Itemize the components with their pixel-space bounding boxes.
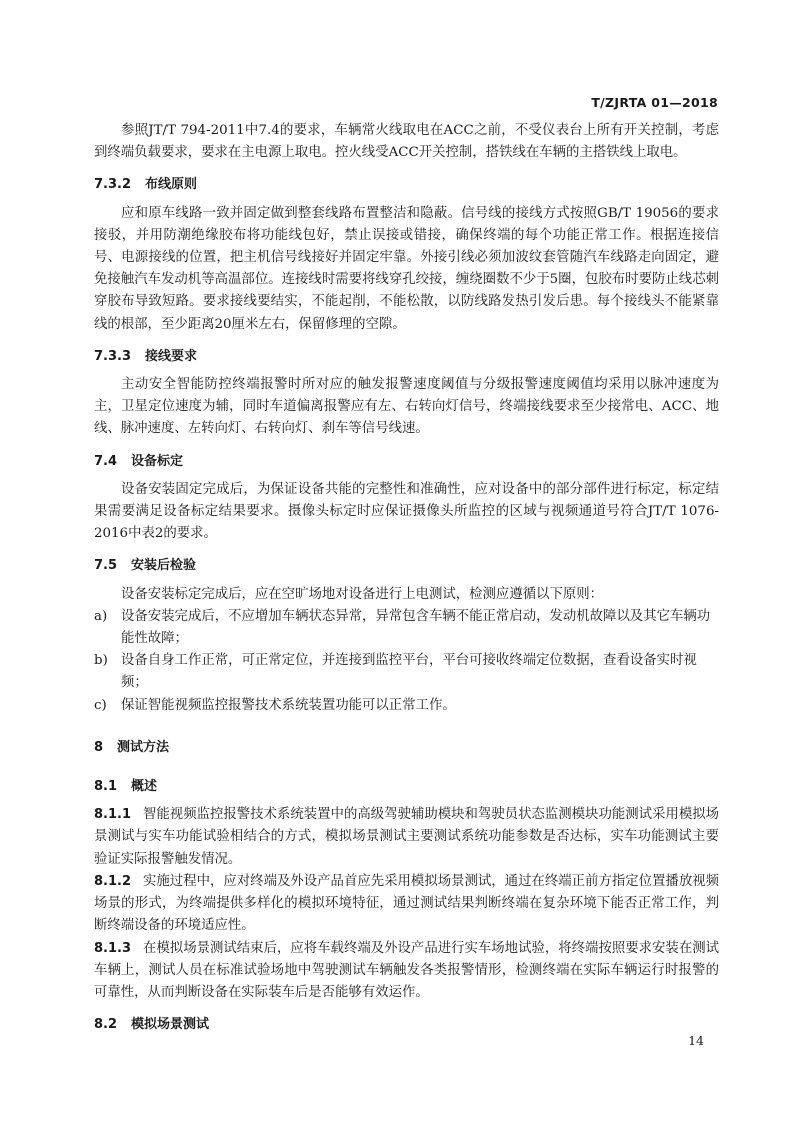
list-text: 设备自身工作正常，可正常定位，并连接到监控平台，平台可接收终端定位数据，查看设备… [121,650,719,694]
clause-text: 在模拟场景测试结束后，应将车载终端及外设产品进行实车场地试验，将终端按照要求安装… [94,941,719,1000]
list-text: 保证智能视频监控报警技术系统装置功能可以正常工作。 [121,695,719,717]
document-body: 参照JT/T 794-2011中7.4的要求，车辆常火线取电在ACC之前，不受仪… [94,120,719,1042]
heading-number: 7.5 [94,555,117,577]
heading-number: 8.1 [94,776,117,798]
paragraph-7-3-3: 主动安全智能防控终端报警时所对应的触发报警速度阈值与分级报警速度阈值均采用以脉冲… [94,374,719,441]
heading-8-1: 8.1概述 [94,776,719,798]
heading-title: 模拟场景测试 [131,1017,209,1032]
heading-title: 概述 [131,779,157,794]
list-marker: c) [94,695,121,717]
heading-title: 安装后检验 [131,558,196,573]
heading-8-2: 8.2模拟场景测试 [94,1014,719,1036]
heading-8: 8测试方法 [94,737,719,759]
list-marker: b) [94,650,121,694]
heading-number: 8 [94,737,103,759]
clause-8-1-2: 8.1.2实施过程中，应对终端及外设产品首应先采用模拟场景测试，通过在终端正前方… [94,871,719,938]
list-text: 设备安装完成后，不应增加车辆状态异常，异常包含车辆不能正常启动，发动机故障以及其… [121,606,719,650]
clause-text: 智能视频监控报警技术系统装置中的高级驾驶辅助模块和驾驶员状态监测模块功能测试采用… [94,807,719,866]
clause-number: 8.1.2 [94,874,131,889]
clause-8-1-1: 8.1.1智能视频监控报警技术系统装置中的高级驾驶辅助模块和驾驶员状态监测模块功… [94,804,719,871]
heading-number: 7.3.2 [94,174,131,196]
clause-8-1-3: 8.1.3在模拟场景测试结束后，应将车载终端及外设产品进行实车场地试验，将终端按… [94,938,719,1005]
list-item: b) 设备自身工作正常，可正常定位，并连接到监控平台，平台可接收终端定位数据，查… [94,650,719,694]
heading-title: 接线要求 [145,349,197,364]
clause-number: 8.1.3 [94,941,131,956]
heading-7-3-2: 7.3.2布线原则 [94,174,719,196]
clause-text: 实施过程中，应对终端及外设产品首应先采用模拟场景测试，通过在终端正前方指定位置播… [94,874,719,933]
paragraph-7-5-intro: 设备安装标定完成后，应在空旷场地对设备进行上电测试，检测应遵循以下原则： [94,584,719,606]
intro-paragraph: 参照JT/T 794-2011中7.4的要求，车辆常火线取电在ACC之前，不受仪… [94,120,719,164]
list-marker: a) [94,606,121,650]
heading-title: 设备标定 [131,454,183,469]
document-page: T/ZJRTA 01—2018 参照JT/T 794-2011中7.4的要求，车… [0,0,794,1123]
heading-number: 8.2 [94,1014,117,1036]
clause-number: 8.1.1 [94,807,131,822]
heading-7-3-3: 7.3.3接线要求 [94,346,719,368]
heading-number: 7.4 [94,451,117,473]
heading-7-5: 7.5安装后检验 [94,555,719,577]
standard-code: T/ZJRTA 01—2018 [591,95,718,110]
heading-title: 布线原则 [145,177,197,192]
heading-number: 7.3.3 [94,346,131,368]
list-item: c) 保证智能视频监控报警技术系统装置功能可以正常工作。 [94,695,719,717]
page-number: 14 [688,1033,704,1048]
paragraph-7-4: 设备安装固定完成后，为保证设备共能的完整性和准确性，应对设备中的部分部件进行标定… [94,479,719,546]
heading-7-4: 7.4设备标定 [94,451,719,473]
list-item: a) 设备安装完成后，不应增加车辆状态异常，异常包含车辆不能正常启动，发动机故障… [94,606,719,650]
paragraph-7-3-2: 应和原车线路一致并固定做到整套线路布置整洁和隐蔽。信号线的接线方式按照GB/T … [94,203,719,336]
heading-title: 测试方法 [117,740,169,755]
